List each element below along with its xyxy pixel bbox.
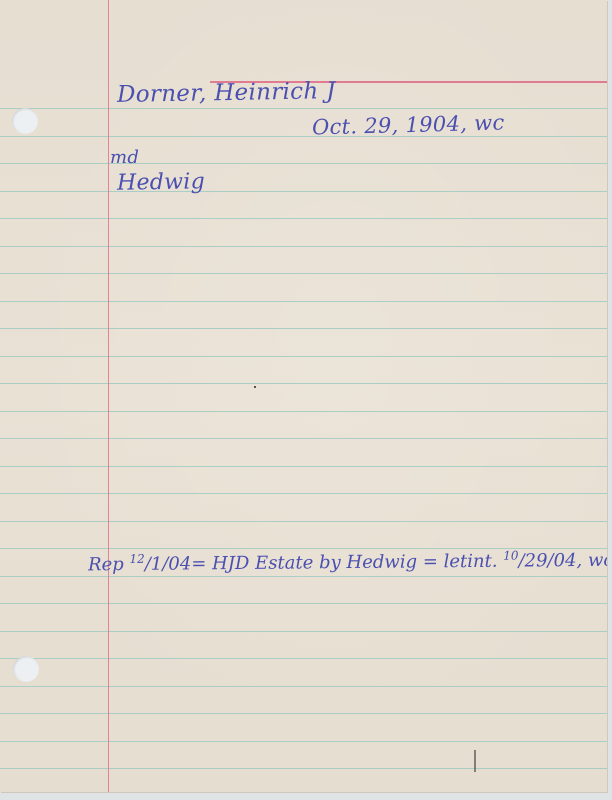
notebook-page: Dorner, Heinrich J Oct. 29, 1904, wc md … <box>0 0 607 792</box>
rule-line <box>0 631 607 632</box>
rule-line <box>0 603 607 604</box>
margin-line <box>108 0 109 792</box>
married-label: md <box>110 147 139 168</box>
ruled-lines <box>0 0 607 792</box>
rule-line <box>0 136 607 137</box>
person-name: Dorner, Heinrich J <box>117 78 336 108</box>
rule-line <box>0 328 607 329</box>
rule-line <box>0 658 607 659</box>
estate-report-note: Rep 12/1/04= HJD Estate by Hedwig = leti… <box>88 548 607 576</box>
rule-line <box>0 576 607 577</box>
spouse-name: Hedwig <box>117 169 205 196</box>
rep-date-rest: /1/04 <box>145 553 192 574</box>
rule-line <box>0 273 607 274</box>
ink-dot <box>254 386 256 388</box>
rule-line <box>0 466 607 467</box>
rule-line <box>0 218 607 219</box>
punch-hole-bottom <box>13 656 39 682</box>
rep-date-month: 12 <box>129 552 144 566</box>
rep-end-rest: /29/04, wc. <box>518 550 607 572</box>
rep-end-month: 10 <box>503 549 518 563</box>
rule-line <box>0 741 607 742</box>
rule-line <box>0 438 607 439</box>
rule-line <box>0 356 607 357</box>
rule-line <box>0 108 607 109</box>
rule-line <box>0 383 607 384</box>
pencil-mark <box>474 750 476 772</box>
rule-line <box>0 411 607 412</box>
rule-line <box>0 493 607 494</box>
rule-line <box>0 521 607 522</box>
rule-line <box>0 713 607 714</box>
rule-line <box>0 191 607 192</box>
record-date: Oct. 29, 1904, wc <box>312 110 505 139</box>
rep-body: = HJD Estate by Hedwig = letint. <box>191 551 503 575</box>
rep-prefix: Rep <box>88 554 124 575</box>
rule-line <box>0 246 607 247</box>
rule-line <box>0 768 607 769</box>
punch-hole-top <box>12 108 38 134</box>
rule-line <box>0 163 607 164</box>
rule-line <box>0 686 607 687</box>
rule-line <box>0 301 607 302</box>
